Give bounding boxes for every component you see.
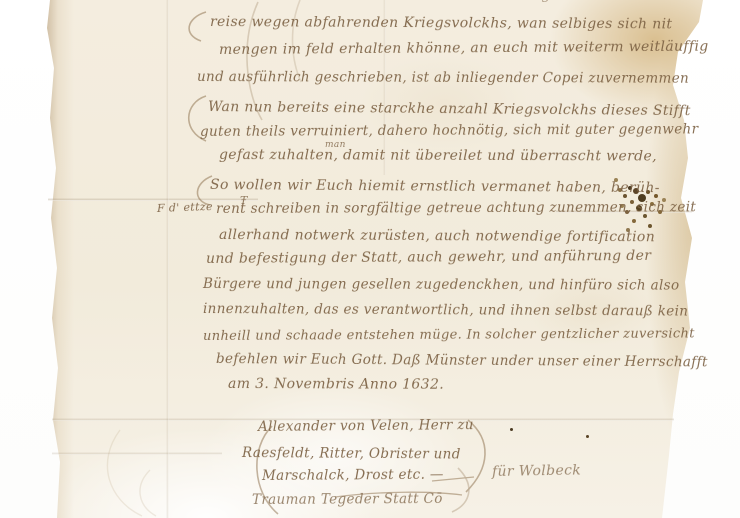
marginal-note: F d' ettze [157,200,213,215]
signature-line: Trauman Tegeder Statt Cō [252,491,443,508]
ink-speck [510,428,513,431]
manuscript-photo: zu mehrerm bericht mit ernst angesehen w… [0,0,740,518]
handwritten-line: und befestigung der Statt, auch gewehr, … [206,248,651,267]
insertion-mark: Ŧ [240,194,248,207]
handwritten-line: gefast zuhalten, damit nit übereilet und… [219,147,657,165]
signature-side-note: für Wolbeck [492,462,581,480]
interlinear-insertion: man [325,140,346,150]
handwritten-line: und ausführlich geschrieben, ist ab inli… [197,69,689,87]
signature-line: Allexander von Velen, Herr zu [258,417,474,435]
handwritten-line: Bürgere und jungen gesellen zugedenckhen… [203,276,679,294]
handwritten-line: unheill und schaade entstehen müge. In s… [203,326,695,344]
handwritten-line: rent schreiben in sorgfältige getreue ac… [216,199,696,217]
handwritten-line: innenzuhalten, das es verantwortlich, un… [203,301,688,320]
handwritten-line: guten theils verruiniert, dahero hochnöt… [200,121,698,140]
date-line: am 3. Novembris Anno 1632. [228,376,444,393]
signature-line: Marschalck, Drost etc. — [262,467,444,484]
handwritten-line: befehlen wir Euch Gott. Daß Münster unde… [216,351,708,370]
handwritten-line: allerhand notwerk zurüsten, auch notwend… [219,227,655,245]
handwritten-line: mengen im feld erhalten khönne, an euch … [219,39,709,58]
signature-line: Raesfeldt, Ritter, Obrister und [242,445,461,463]
handwritten-line: So wollen wir Euch hiemit ernstlich verm… [210,177,660,196]
handwritten-line: reise wegen abfahrenden Kriegsvolckhs, w… [210,14,672,32]
handwritten-line-cropped: zu mehrerm bericht mit ernst angesehen w… [298,0,702,3]
